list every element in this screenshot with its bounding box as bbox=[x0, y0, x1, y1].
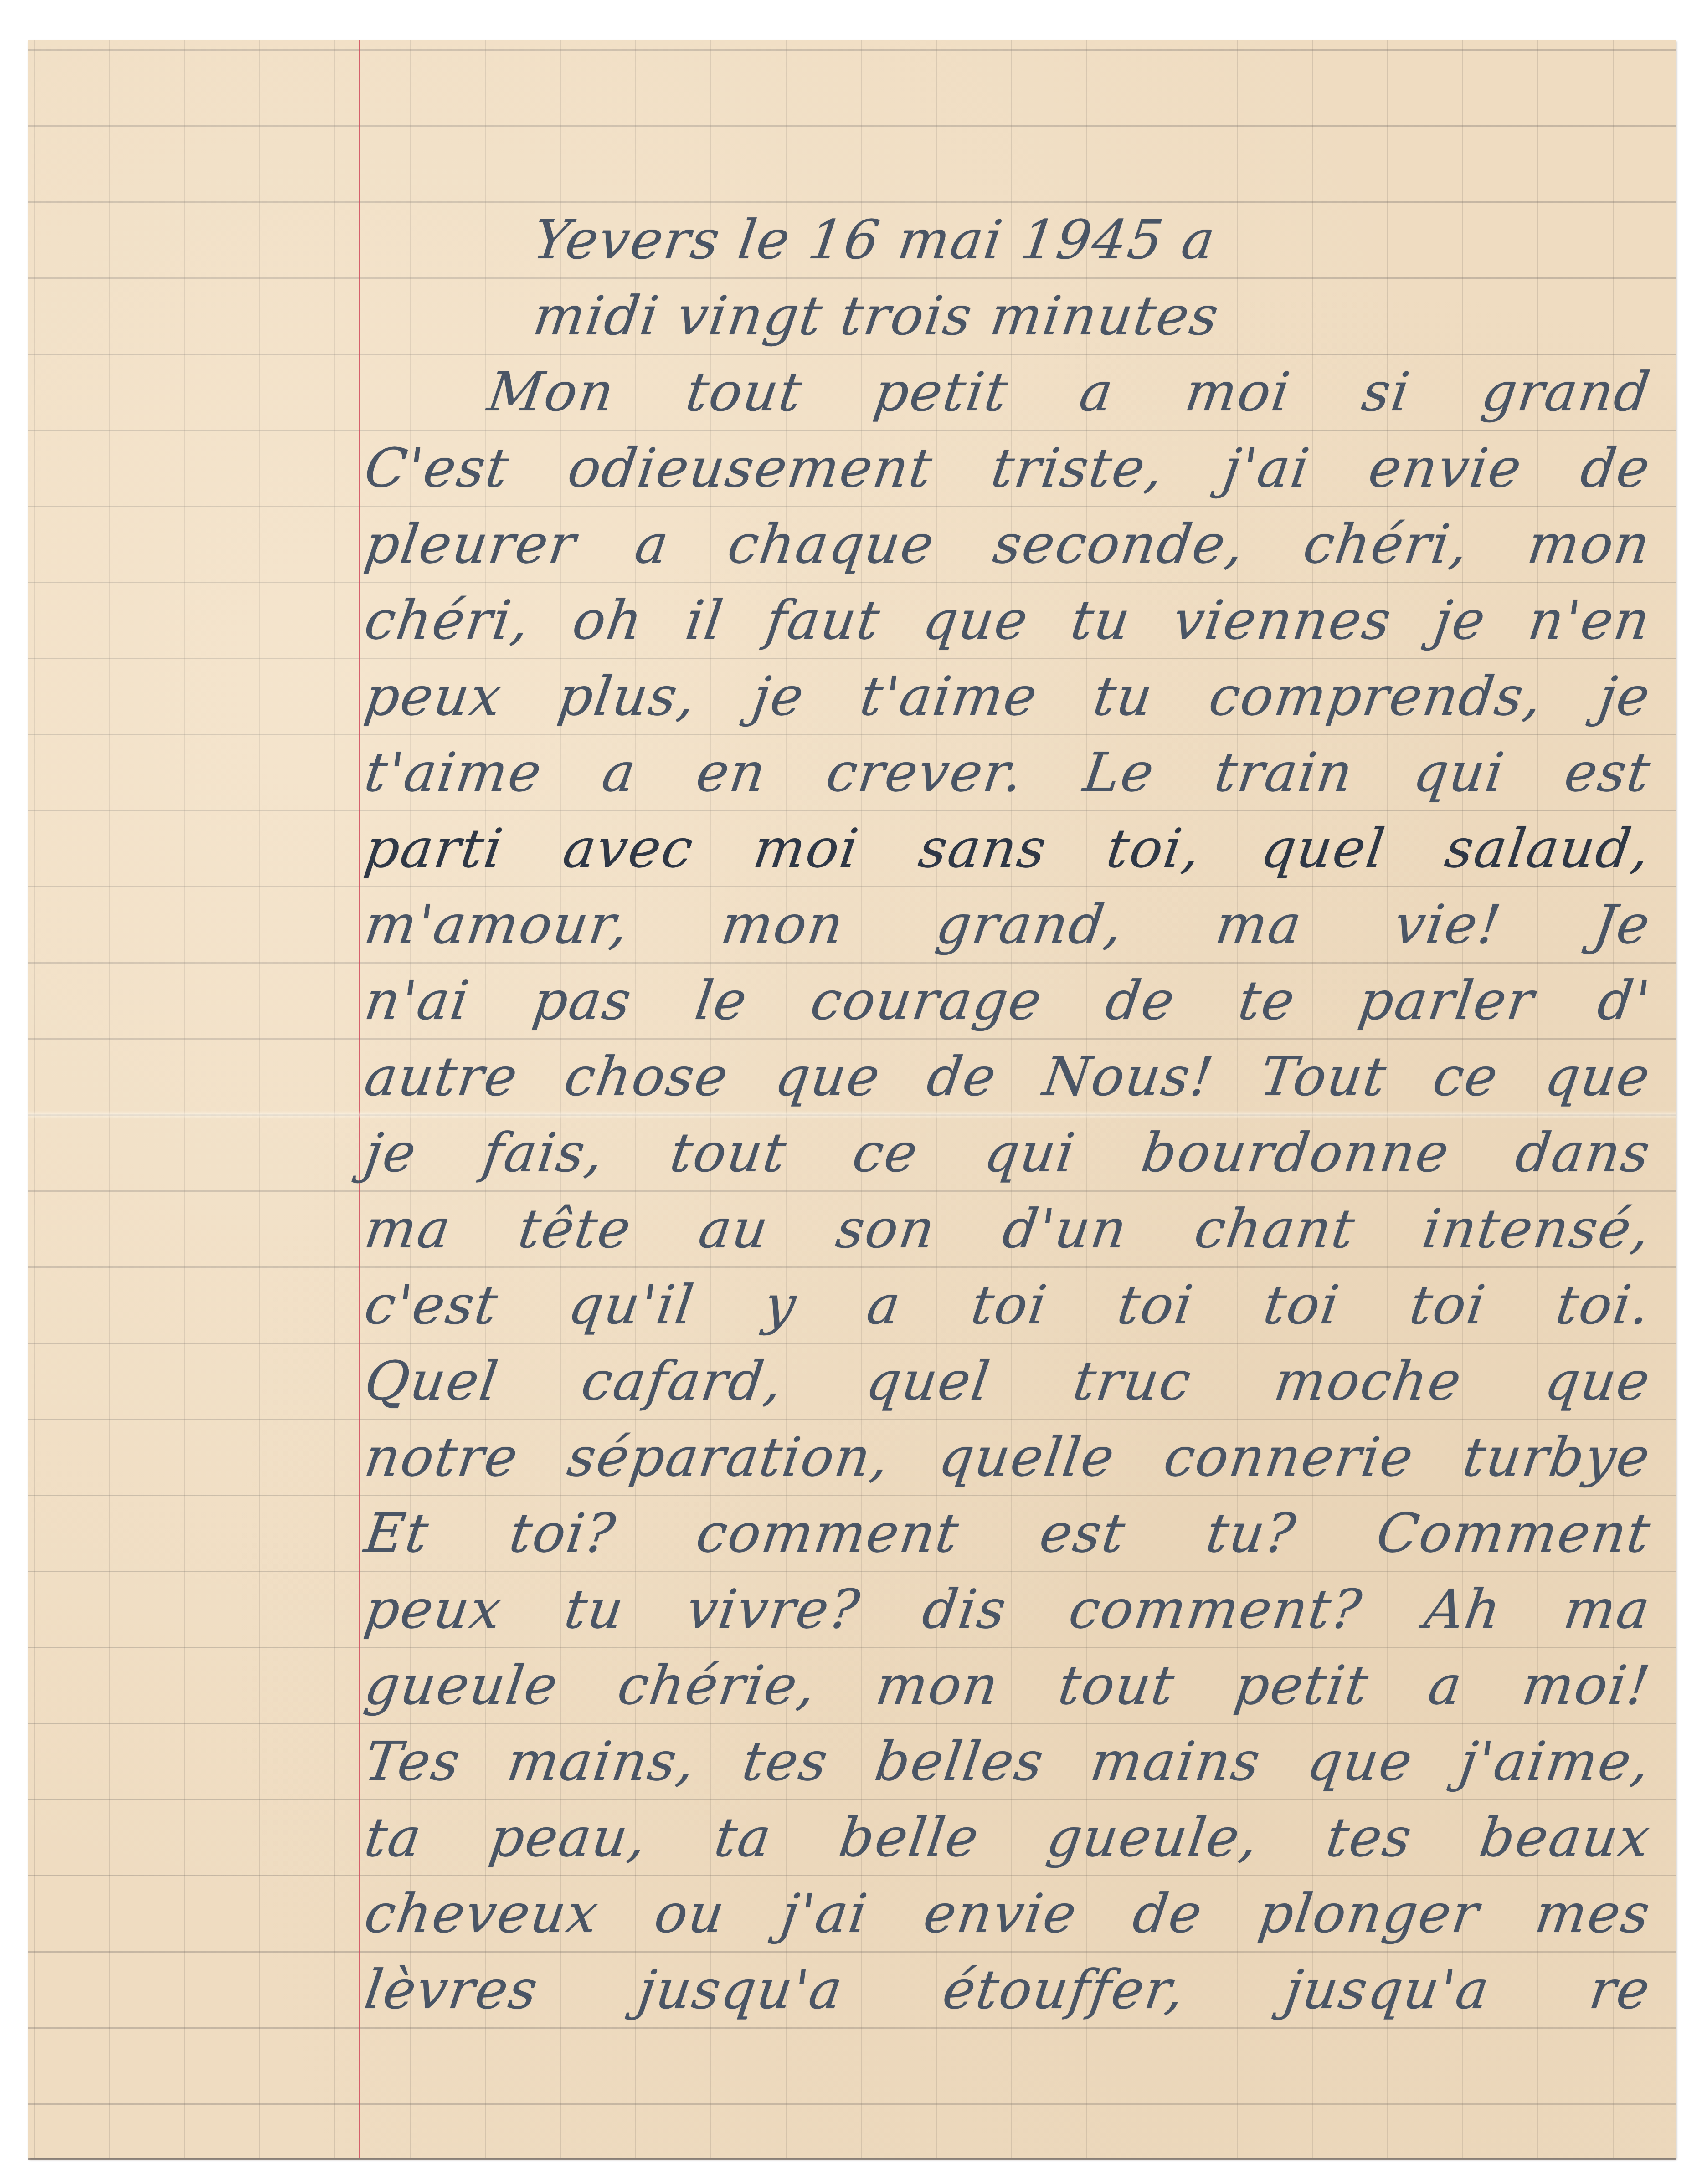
letter-line: pleurer a chaque seconde, chéri, mon bbox=[361, 512, 1655, 576]
letter-place-date: Yevers le 16 mai 1945 a bbox=[530, 208, 1655, 272]
letter-line: Et toi? comment est tu? Comment bbox=[361, 1501, 1655, 1565]
letter-line: peux plus, je t'aime tu comprends, je bbox=[361, 664, 1655, 728]
letter-line: cheveux ou j'ai envie de plonger mes bbox=[361, 1882, 1655, 1945]
letter-line: ta peau, ta belle gueule, tes beaux bbox=[361, 1805, 1655, 1869]
letter-line: parti avec moi sans toi, quel salaud, bbox=[361, 816, 1655, 880]
letter-salutation: Mon tout petit a moi si grand bbox=[484, 360, 1655, 424]
letter-page: Yevers le 16 mai 1945 a midi vingt trois… bbox=[28, 40, 1676, 2158]
letter-line: Tes mains, tes belles mains que j'aime, bbox=[361, 1729, 1655, 1793]
letter-line: lèvres jusqu'a étouffer, jusqu'a re bbox=[361, 1958, 1655, 2021]
letter-line: ma tête au son d'un chant intensé, bbox=[361, 1197, 1655, 1261]
letter-line: n'ai pas le courage de te parler d' bbox=[361, 969, 1655, 1032]
letter-line: m'amour, mon grand, ma vie! Je bbox=[361, 892, 1655, 956]
letter-line: c'est qu'il y a toi toi toi toi toi. bbox=[361, 1273, 1655, 1337]
letter-line: je fais, tout ce qui bourdonne dans bbox=[361, 1121, 1655, 1184]
letter-line: gueule chérie, mon tout petit a moi! bbox=[361, 1653, 1655, 1717]
handwritten-text: Yevers le 16 mai 1945 a midi vingt trois… bbox=[28, 40, 1676, 2158]
letter-line: t'aime a en crever. Le train qui est bbox=[361, 740, 1655, 804]
letter-line: chéri, oh il faut que tu viennes je n'en bbox=[361, 588, 1655, 652]
letter-line: Quel cafard, quel truc moche que bbox=[361, 1349, 1655, 1413]
letter-time: midi vingt trois minutes bbox=[530, 284, 1655, 348]
letter-line: notre séparation, quelle connerie turbye bbox=[361, 1425, 1655, 1489]
letter-line: C'est odieusement triste, j'ai envie de bbox=[361, 436, 1655, 500]
letter-line: autre chose que de Nous! Tout ce que bbox=[361, 1045, 1655, 1108]
letter-line: peux tu vivre? dis comment? Ah ma bbox=[361, 1577, 1655, 1641]
